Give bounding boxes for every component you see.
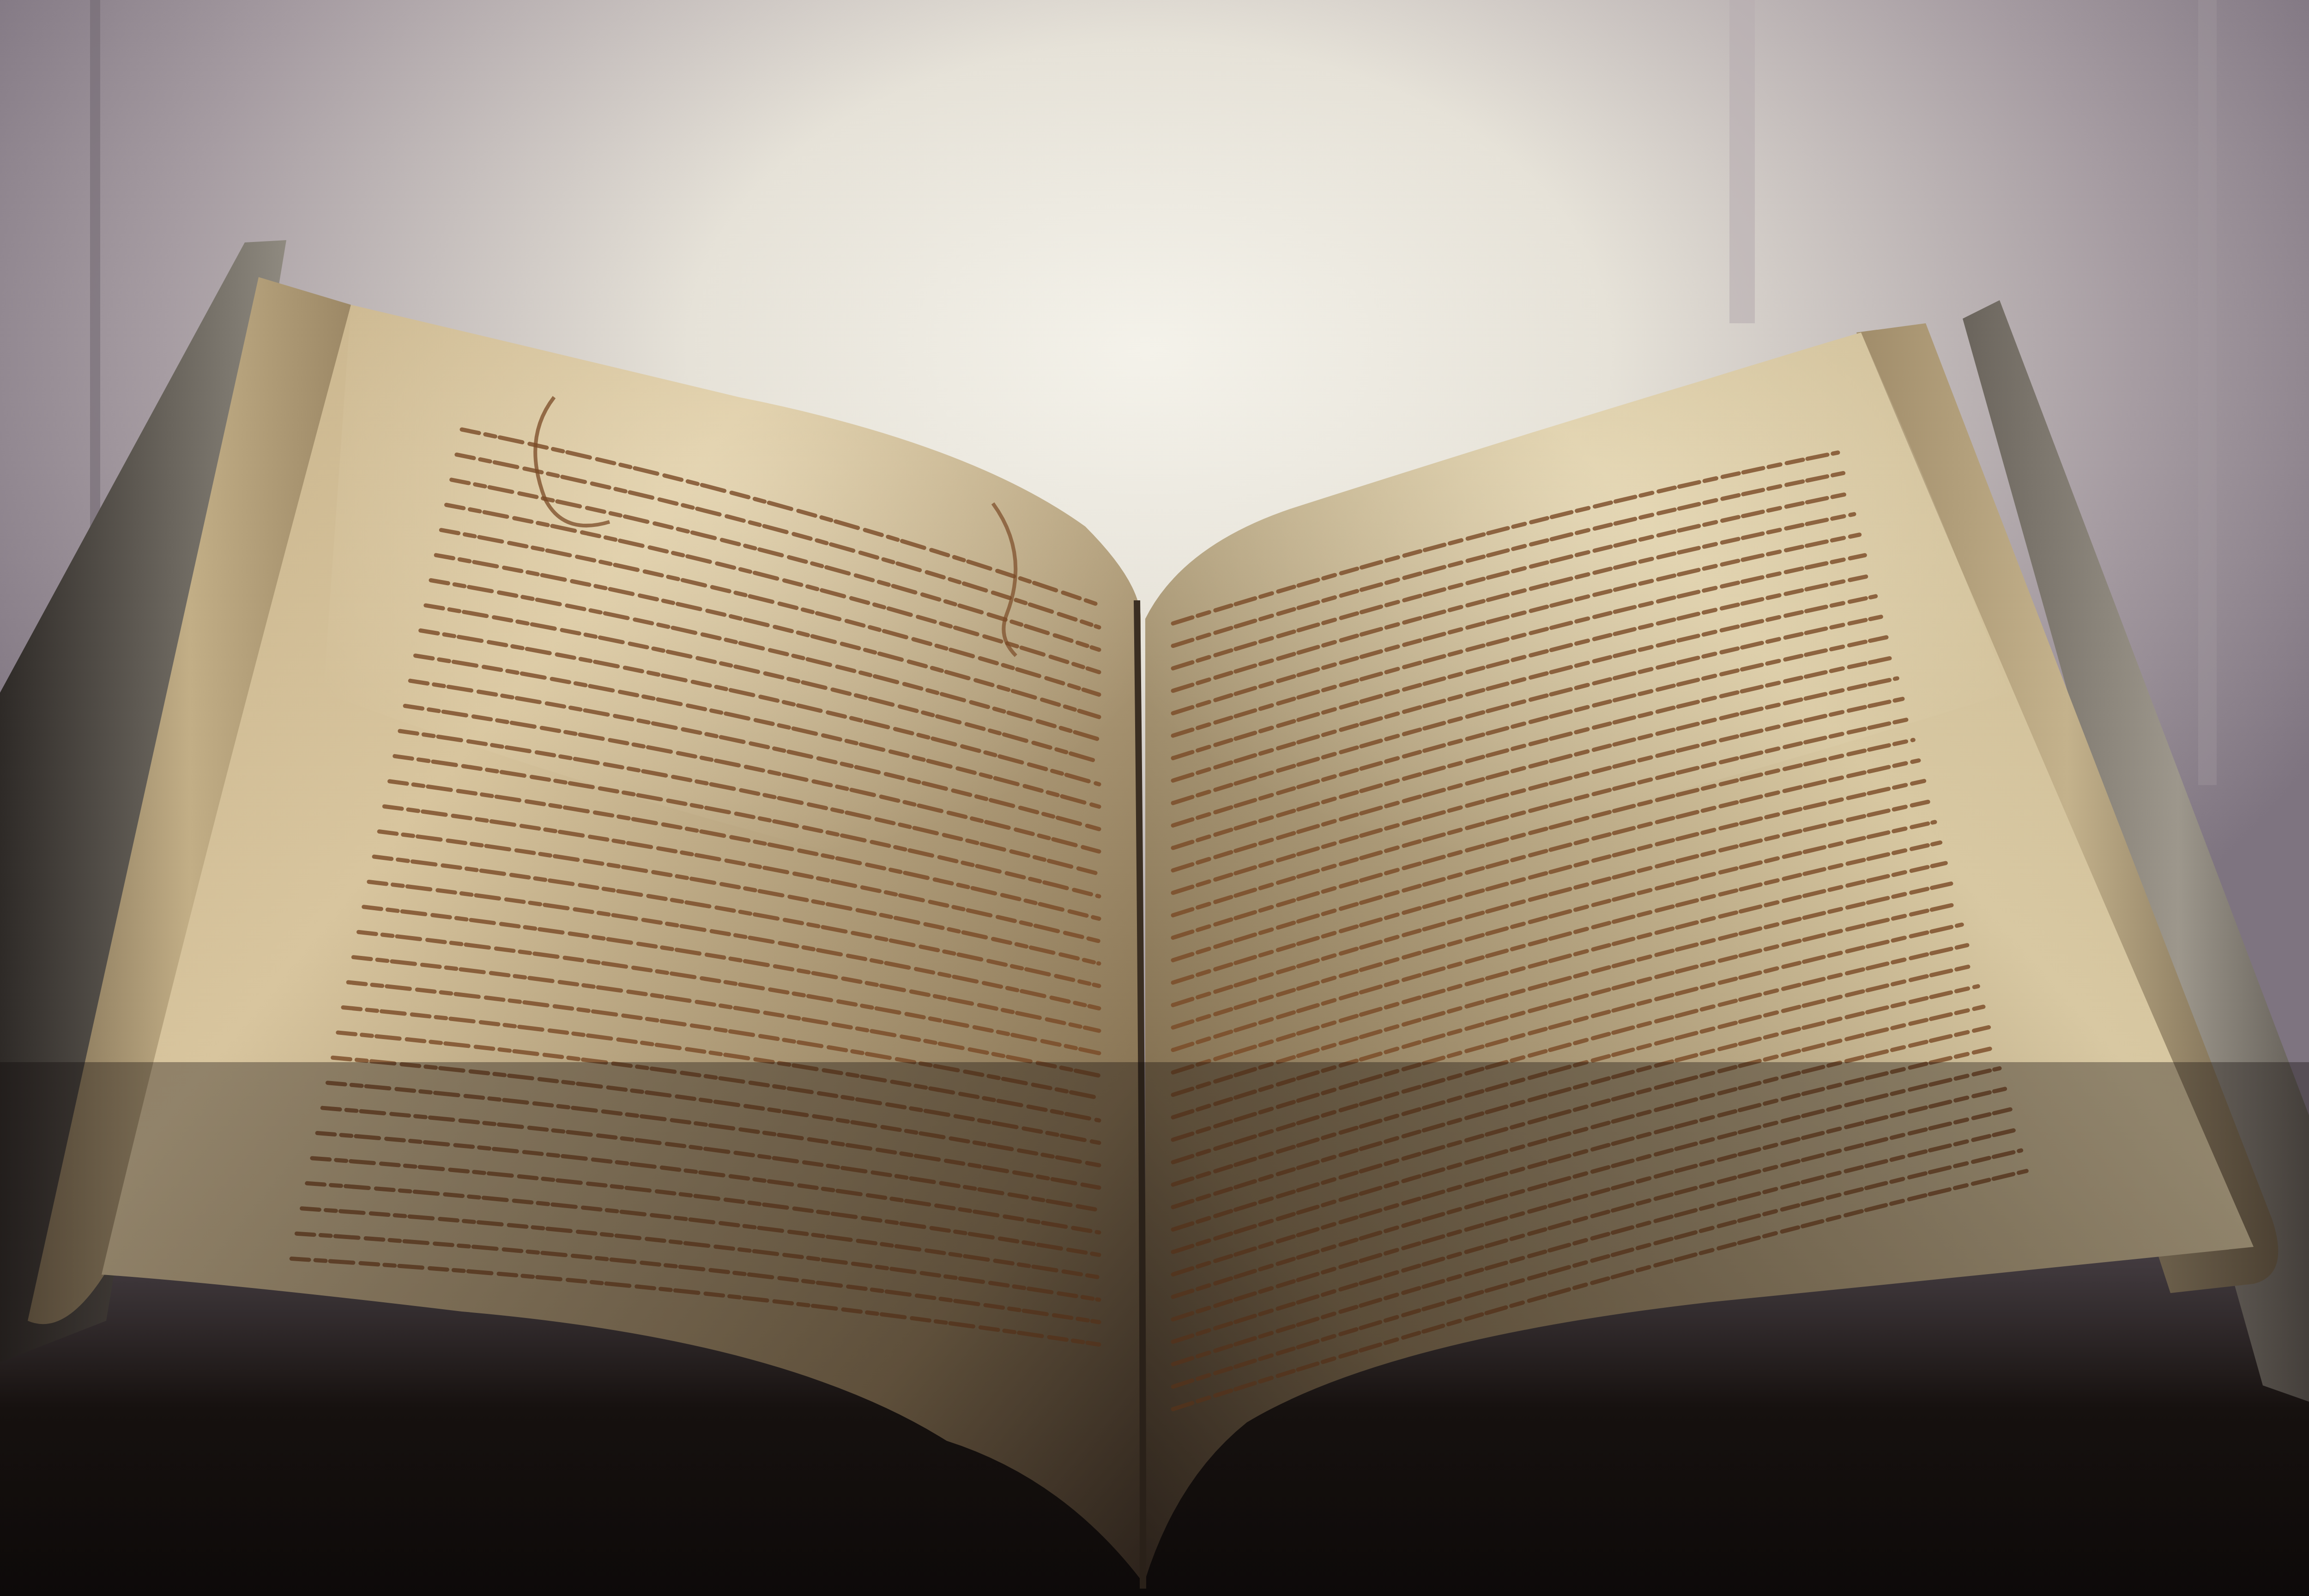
- wall-seam-left: [90, 0, 100, 600]
- manuscript-display-photo: [0, 0, 2309, 1596]
- wall-seam-far-right: [2198, 0, 2217, 785]
- photo-canvas: [0, 0, 2309, 1596]
- wall-seam-right: [1729, 0, 1755, 323]
- bottom-vignette: [0, 1062, 2309, 1596]
